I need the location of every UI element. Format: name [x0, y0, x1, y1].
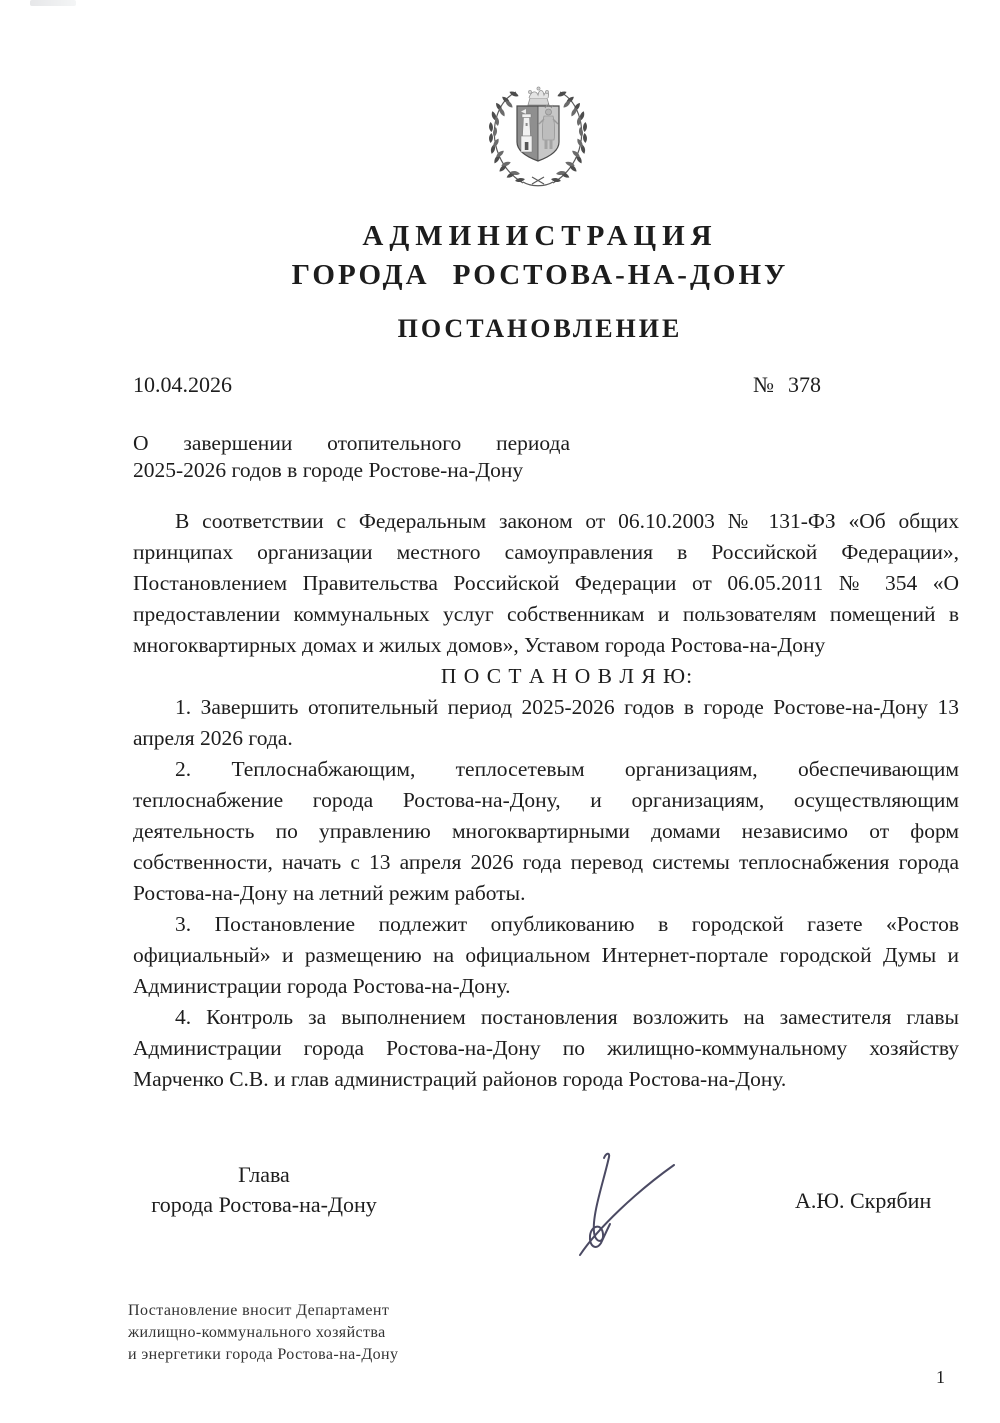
org-name-line2: ГОРОДА РОСТОВА-НА-ДОНУ: [80, 259, 1000, 292]
document-page: АДМИНИСТРАЦИЯ ГОРОДА РОСТОВА-НА-ДОНУ ПОС…: [0, 0, 1000, 1423]
footer-note-line3: и энергетики города Ростова-на-Дону: [128, 1344, 398, 1366]
resolution-item-1: 1. Завершить отопительный период 2025-20…: [133, 692, 959, 754]
document-date: 10.04.2026: [133, 372, 232, 398]
document-number: №378: [753, 372, 821, 398]
resolution-item-2: 2. Теплоснабжающим, теплосетевым организ…: [133, 754, 959, 909]
document-type-title: ПОСТАНОВЛЕНИЕ: [80, 314, 1000, 344]
subject-line1: О завершении отопительного периода: [133, 430, 570, 457]
resolution-item-3: 3. Постановление подлежит опубликованию …: [133, 909, 959, 1002]
coat-of-arms: [481, 84, 595, 196]
handwritten-signature: [552, 1140, 687, 1265]
tower: [521, 109, 532, 152]
crown-icon: [528, 87, 549, 105]
document-subject: О завершении отопительного периода 2025-…: [133, 430, 570, 484]
signer-title-line2: города Ростова-на-Дону: [135, 1190, 393, 1220]
resolve-word: П О С Т А Н О В Л Я Ю:: [133, 661, 959, 692]
org-name-line1: АДМИНИСТРАЦИЯ: [80, 220, 1000, 253]
preamble-paragraph: В соответствии с Федеральным законом от …: [133, 506, 959, 661]
footer-note-line2: жилищно-коммунального хозяйства: [128, 1322, 398, 1344]
number-sign: №: [753, 372, 774, 397]
signer-title-line1: Глава: [135, 1160, 393, 1190]
signer-title: Глава города Ростова-на-Дону: [135, 1160, 393, 1220]
coat-of-arms-graphic: [481, 84, 595, 196]
resolution-item-4: 4. Контроль за выполнением постановления…: [133, 1002, 959, 1095]
scan-artifact: [30, 0, 76, 6]
signature-graphic: [552, 1140, 687, 1265]
number-value: 378: [788, 372, 821, 397]
shield: [517, 103, 559, 161]
document-body: В соответствии с Федеральным законом от …: [133, 506, 959, 1095]
footer-note: Постановление вносит Департамент жилищно…: [128, 1300, 398, 1366]
subject-line2: 2025-2026 годов в городе Ростове-на-Дону: [133, 457, 570, 484]
footer-note-line1: Постановление вносит Департамент: [128, 1300, 398, 1322]
page-number: 1: [936, 1367, 945, 1388]
signer-name: А.Ю. Скрябин: [795, 1188, 931, 1214]
